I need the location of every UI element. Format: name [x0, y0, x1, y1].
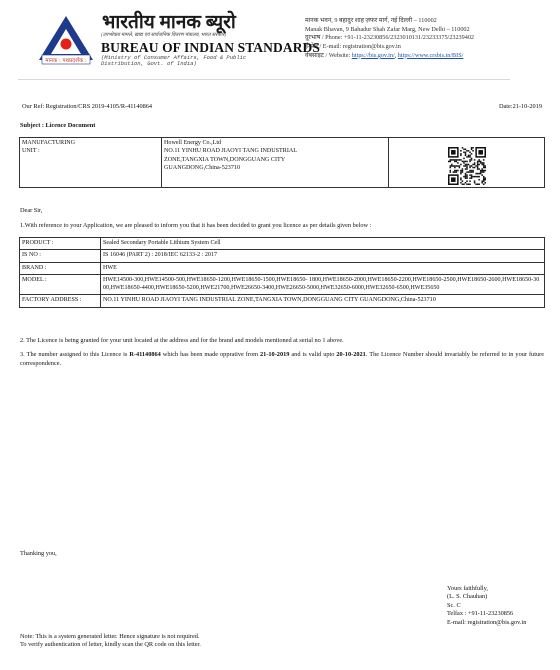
manufacturer-address-line: GUANGDONG,China-523710: [164, 164, 386, 172]
phone-value: +91-11-23230856/2323010131/23233375/2323…: [344, 34, 474, 41]
signatory-name: (L. S. Chauhan): [447, 593, 526, 601]
details-value: IS 16046 (PART 2) : 2018/IEC 62133-2 : 2…: [101, 250, 545, 262]
header-divider: [18, 79, 510, 80]
subject-line: Subject : Licence Document: [20, 122, 95, 129]
sign-off: Yours faithfully,: [447, 585, 526, 593]
email-line: ई-मेल / E-mail: registration@bis.gov.in: [305, 43, 474, 52]
phone-label: दूरभाष / Phone:: [305, 34, 342, 41]
details-value: HWE: [101, 262, 545, 274]
website-link-bis[interactable]: https://bis.gov.in/: [352, 52, 395, 59]
svg-text:मानक : पथप्रदर्शक :: मानक : पथप्रदर्शक :: [45, 57, 87, 64]
note-line: Note: This is a system generated letter.…: [20, 633, 201, 641]
email-label: ई-मेल / E-mail:: [305, 43, 341, 50]
qr-code-icon[interactable]: [448, 147, 486, 185]
closing: Thanking you,: [20, 550, 57, 557]
salutation: Dear Sir,: [20, 207, 42, 214]
system-note: Note: This is a system generated letter.…: [20, 633, 201, 650]
bis-triangle-logo-icon: मानक : पथप्रदर्शक :: [36, 14, 96, 68]
paragraph-2: 2. The Licence is being granted for your…: [20, 337, 344, 344]
details-row: BRAND :HWE: [20, 262, 545, 274]
ministry-text: (Ministry of Consumer Affairs, Food & Pu…: [101, 55, 291, 68]
manufacturing-label-text: MANUFACTURING UNIT :: [22, 139, 82, 156]
manufacturing-label: MANUFACTURING UNIT :: [20, 138, 162, 188]
manufacturer-address-line: NO.11 YINHU ROAD JIAOYI TANG INDUSTRIAL: [164, 147, 386, 155]
signatory-designation: Sc. C: [447, 602, 526, 610]
phone-line: दूरभाष / Phone: +91-11-23230856/23230101…: [305, 34, 474, 43]
details-label: IS NO :: [20, 250, 101, 262]
para3-text: and is valid upto: [289, 351, 336, 358]
details-label: MODEL :: [20, 274, 101, 295]
details-value: NO.11 YINHU ROAD JIAOYI TANG INDUSTRIAL …: [101, 295, 545, 307]
letter-date: Date:21-10-2019: [499, 103, 542, 110]
manufacturing-address: Howell Energy Co.,Ltd NO.11 YINHU ROAD J…: [162, 138, 389, 188]
details-row: MODEL :HWE14500-300,HWE14500-500,HWE1865…: [20, 274, 545, 295]
manufacturer-name: Howell Energy Co.,Ltd: [164, 139, 386, 147]
licence-number: R-41140864: [129, 351, 160, 358]
hindi-title: भारतीय मानक ब्यूरो: [102, 13, 236, 32]
signatory-email: E-mail: registration@bis.gov.in: [447, 619, 526, 627]
details-row: IS NO :IS 16046 (PART 2) : 2018/IEC 6213…: [20, 250, 545, 262]
website-line: वेबसाइट / Website: https://bis.gov.in/, …: [305, 52, 474, 61]
signature-block: Yours faithfully, (L. S. Chauhan) Sc. C …: [447, 585, 526, 627]
website-link-crsbis[interactable]: https://www.crsbis.in/BIS/: [398, 52, 464, 59]
para3-text: 3. The number assigned to this Licence i…: [20, 351, 129, 358]
valid-to-date: 20-10-2021: [336, 351, 365, 358]
details-value: HWE14500-300,HWE14500-500,HWE18650-1200,…: [101, 274, 545, 295]
details-row: FACTORY ADDRESS :NO.11 YINHU ROAD JIAOYI…: [20, 295, 545, 307]
details-label: FACTORY ADDRESS :: [20, 295, 101, 307]
website-label: वेबसाइट / Website:: [305, 52, 350, 59]
manufacturer-address-line: ZONE,TANGXIA TOWN,DONGGUANG CITY: [164, 156, 386, 164]
details-label: BRAND :: [20, 262, 101, 274]
valid-from-date: 21-10-2019: [260, 351, 289, 358]
paragraph-1: 1.With reference to your Application, we…: [20, 222, 371, 229]
address-hindi: मानक भवन, 9 बहादुर शाह ज़फर मार्ग, नई दि…: [305, 17, 474, 26]
note-line: To verify authentication of letter, kind…: [20, 641, 201, 649]
hindi-subtitle: (उपभोक्ता मामले, खाद्य एवं सार्वजनिक वित…: [101, 32, 226, 38]
qr-cell: [389, 138, 545, 188]
address-block: मानक भवन, 9 बहादुर शाह ज़फर मार्ग, नई दि…: [305, 17, 474, 61]
address-english: Manak Bhavan, 9 Bahadur Shah Zafar Marg,…: [305, 26, 474, 35]
manufacturing-unit-table: MANUFACTURING UNIT : Howell Energy Co.,L…: [19, 137, 545, 188]
email-value: registration@bis.gov.in: [343, 43, 401, 50]
paragraph-3: 3. The number assigned to this Licence i…: [20, 351, 544, 368]
para3-text: which has been made opprative from: [161, 351, 260, 358]
licence-details-table: PRODUCT :Sealed Secondary Portable Lithi…: [19, 237, 545, 308]
reference-number: Our Ref: Registration/CRS 2019-4105/R-41…: [22, 103, 152, 110]
details-row: PRODUCT :Sealed Secondary Portable Lithi…: [20, 238, 545, 250]
signatory-telfax: Telfax : +91-11-23230856: [447, 610, 526, 618]
details-value: Sealed Secondary Portable Lithium System…: [101, 238, 545, 250]
details-label: PRODUCT :: [20, 238, 101, 250]
